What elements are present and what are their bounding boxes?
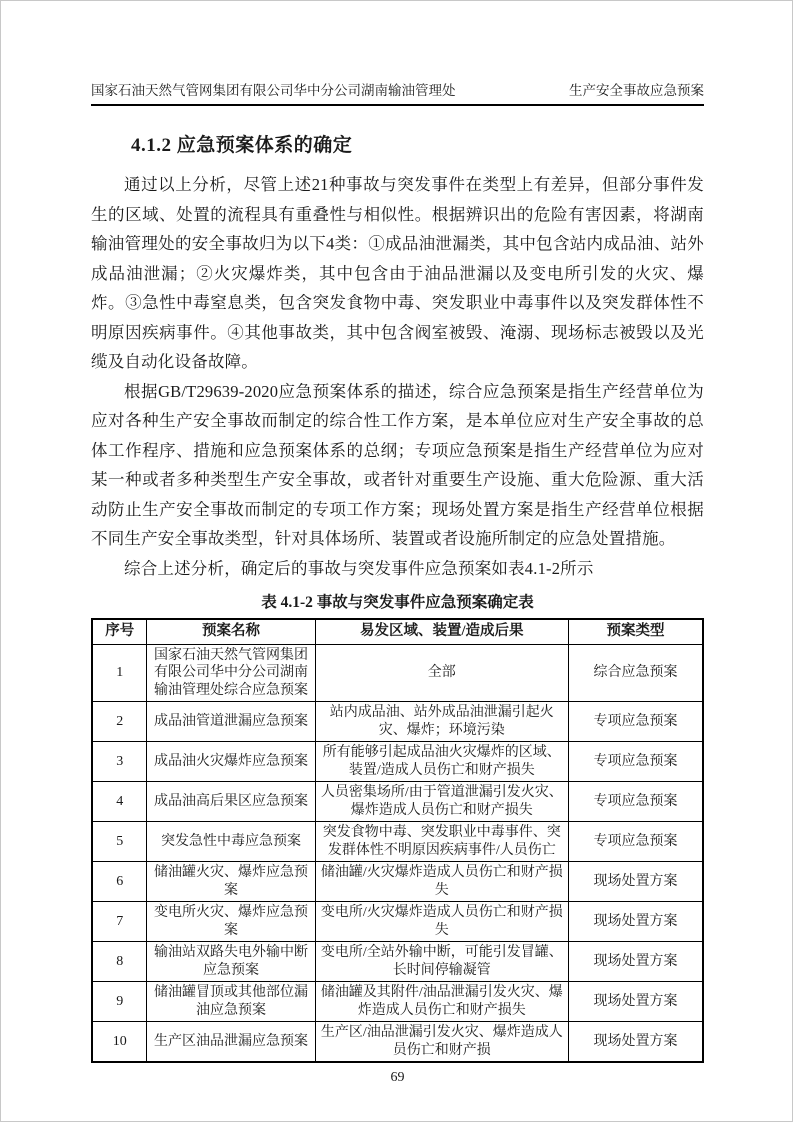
table-caption: 表 4.1-2 事故与突发事件应急预案确定表 <box>91 590 704 612</box>
paragraph-3: 综合上述分析，确定后的事故与突发事件应急预案如表4.1-2所示 <box>91 554 704 584</box>
table-header-cell: 易发区域、装置/造成后果 <box>315 619 569 644</box>
table-header-cell: 预案名称 <box>147 619 315 644</box>
table-cell: 1 <box>92 644 147 702</box>
table-cell: 储油罐/火灾爆炸造成人员伤亡和财产损失 <box>315 862 569 902</box>
table-cell: 6 <box>92 862 147 902</box>
page-number: 69 <box>91 1070 704 1086</box>
table-header-cell: 序号 <box>92 619 147 644</box>
table-cell: 7 <box>92 902 147 942</box>
table-cell: 成品油高后果区应急预案 <box>147 782 315 822</box>
paragraph-2: 根据GB/T29639-2020应急预案体系的描述，综合应急预案是指生产经营单位… <box>91 377 704 554</box>
table-cell: 专项应急预案 <box>569 822 703 862</box>
section-heading: 4.1.2 应急预案体系的确定 <box>131 130 704 157</box>
page-header: 国家石油天然气管网集团有限公司华中分公司湖南输油管理处 生产安全事故应急预案 <box>91 79 704 106</box>
table-cell: 人员密集场所/由于管道泄漏引发火灾、爆炸造成人员伤亡和财产损失 <box>315 782 569 822</box>
table-header-cell: 预案类型 <box>569 619 703 644</box>
table-cell: 综合应急预案 <box>569 644 703 702</box>
table-body: 1国家石油天然气管网集团有限公司华中分公司湖南输油管理处综合应急预案全部综合应急… <box>92 644 703 1062</box>
table-cell: 4 <box>92 782 147 822</box>
table-cell: 现场处置方案 <box>569 862 703 902</box>
table-cell: 现场处置方案 <box>569 942 703 982</box>
table-cell: 储油罐及其附件/油品泄漏引发火灾、爆炸造成人员伤亡和财产损失 <box>315 982 569 1022</box>
table-cell: 专项应急预案 <box>569 702 703 742</box>
table-cell: 突发食物中毒、突发职业中毒事件、突发群体性不明原因疾病事件/人员伤亡 <box>315 822 569 862</box>
table-row: 2成品油管道泄漏应急预案站内成品油、站外成品油泄漏引起火灾、爆炸；环境污染专项应… <box>92 702 703 742</box>
table-row: 6储油罐火灾、爆炸应急预案储油罐/火灾爆炸造成人员伤亡和财产损失现场处置方案 <box>92 862 703 902</box>
table-row: 3成品油火灾爆炸应急预案所有能够引起成品油火灾爆炸的区域、装置/造成人员伤亡和财… <box>92 742 703 782</box>
table-row: 1国家石油天然气管网集团有限公司华中分公司湖南输油管理处综合应急预案全部综合应急… <box>92 644 703 702</box>
table-cell: 突发急性中毒应急预案 <box>147 822 315 862</box>
table-cell: 3 <box>92 742 147 782</box>
table-cell: 储油罐冒顶或其他部位漏油应急预案 <box>147 982 315 1022</box>
table-row: 8输油站双路失电外输中断应急预案变电所/全站外输中断，可能引发冒罐、长时间停输凝… <box>92 942 703 982</box>
table-cell: 全部 <box>315 644 569 702</box>
table-cell: 生产区/油品泄漏引发火灾、爆炸造成人员伤亡和财产损 <box>315 1022 569 1063</box>
table-row: 7变电所火灾、爆炸应急预案变电所/火灾爆炸造成人员伤亡和财产损失现场处置方案 <box>92 902 703 942</box>
table-cell: 现场处置方案 <box>569 902 703 942</box>
document-page: 国家石油天然气管网集团有限公司华中分公司湖南输油管理处 生产安全事故应急预案 4… <box>0 0 793 1122</box>
table-cell: 现场处置方案 <box>569 1022 703 1063</box>
table-cell: 成品油火灾爆炸应急预案 <box>147 742 315 782</box>
table-row: 9储油罐冒顶或其他部位漏油应急预案储油罐及其附件/油品泄漏引发火灾、爆炸造成人员… <box>92 982 703 1022</box>
table-cell: 生产区油品泄漏应急预案 <box>147 1022 315 1063</box>
paragraph-1: 通过以上分析，尽管上述21种事故与突发事件在类型上有差异，但部分事件发生的区域、… <box>91 170 704 377</box>
table-header-row: 序号预案名称易发区域、装置/造成后果预案类型 <box>92 619 703 644</box>
table-cell: 储油罐火灾、爆炸应急预案 <box>147 862 315 902</box>
table-row: 10生产区油品泄漏应急预案生产区/油品泄漏引发火灾、爆炸造成人员伤亡和财产损现场… <box>92 1022 703 1063</box>
table-cell: 5 <box>92 822 147 862</box>
table-cell: 8 <box>92 942 147 982</box>
table-cell: 变电所/全站外输中断，可能引发冒罐、长时间停输凝管 <box>315 942 569 982</box>
table-cell: 国家石油天然气管网集团有限公司华中分公司湖南输油管理处综合应急预案 <box>147 644 315 702</box>
emergency-plans-table: 序号预案名称易发区域、装置/造成后果预案类型 1国家石油天然气管网集团有限公司华… <box>91 618 704 1063</box>
table-cell: 所有能够引起成品油火灾爆炸的区域、装置/造成人员伤亡和财产损失 <box>315 742 569 782</box>
table-cell: 2 <box>92 702 147 742</box>
header-right-text: 生产安全事故应急预案 <box>569 79 704 99</box>
table-cell: 专项应急预案 <box>569 782 703 822</box>
table-cell: 现场处置方案 <box>569 982 703 1022</box>
table-cell: 10 <box>92 1022 147 1063</box>
table-cell: 专项应急预案 <box>569 742 703 782</box>
table-cell: 输油站双路失电外输中断应急预案 <box>147 942 315 982</box>
table-cell: 成品油管道泄漏应急预案 <box>147 702 315 742</box>
table-cell: 变电所火灾、爆炸应急预案 <box>147 902 315 942</box>
table-cell: 变电所/火灾爆炸造成人员伤亡和财产损失 <box>315 902 569 942</box>
table-row: 4成品油高后果区应急预案人员密集场所/由于管道泄漏引发火灾、爆炸造成人员伤亡和财… <box>92 782 703 822</box>
table-cell: 站内成品油、站外成品油泄漏引起火灾、爆炸；环境污染 <box>315 702 569 742</box>
header-left-text: 国家石油天然气管网集团有限公司华中分公司湖南输油管理处 <box>91 79 456 99</box>
table-cell: 9 <box>92 982 147 1022</box>
table-row: 5突发急性中毒应急预案突发食物中毒、突发职业中毒事件、突发群体性不明原因疾病事件… <box>92 822 703 862</box>
